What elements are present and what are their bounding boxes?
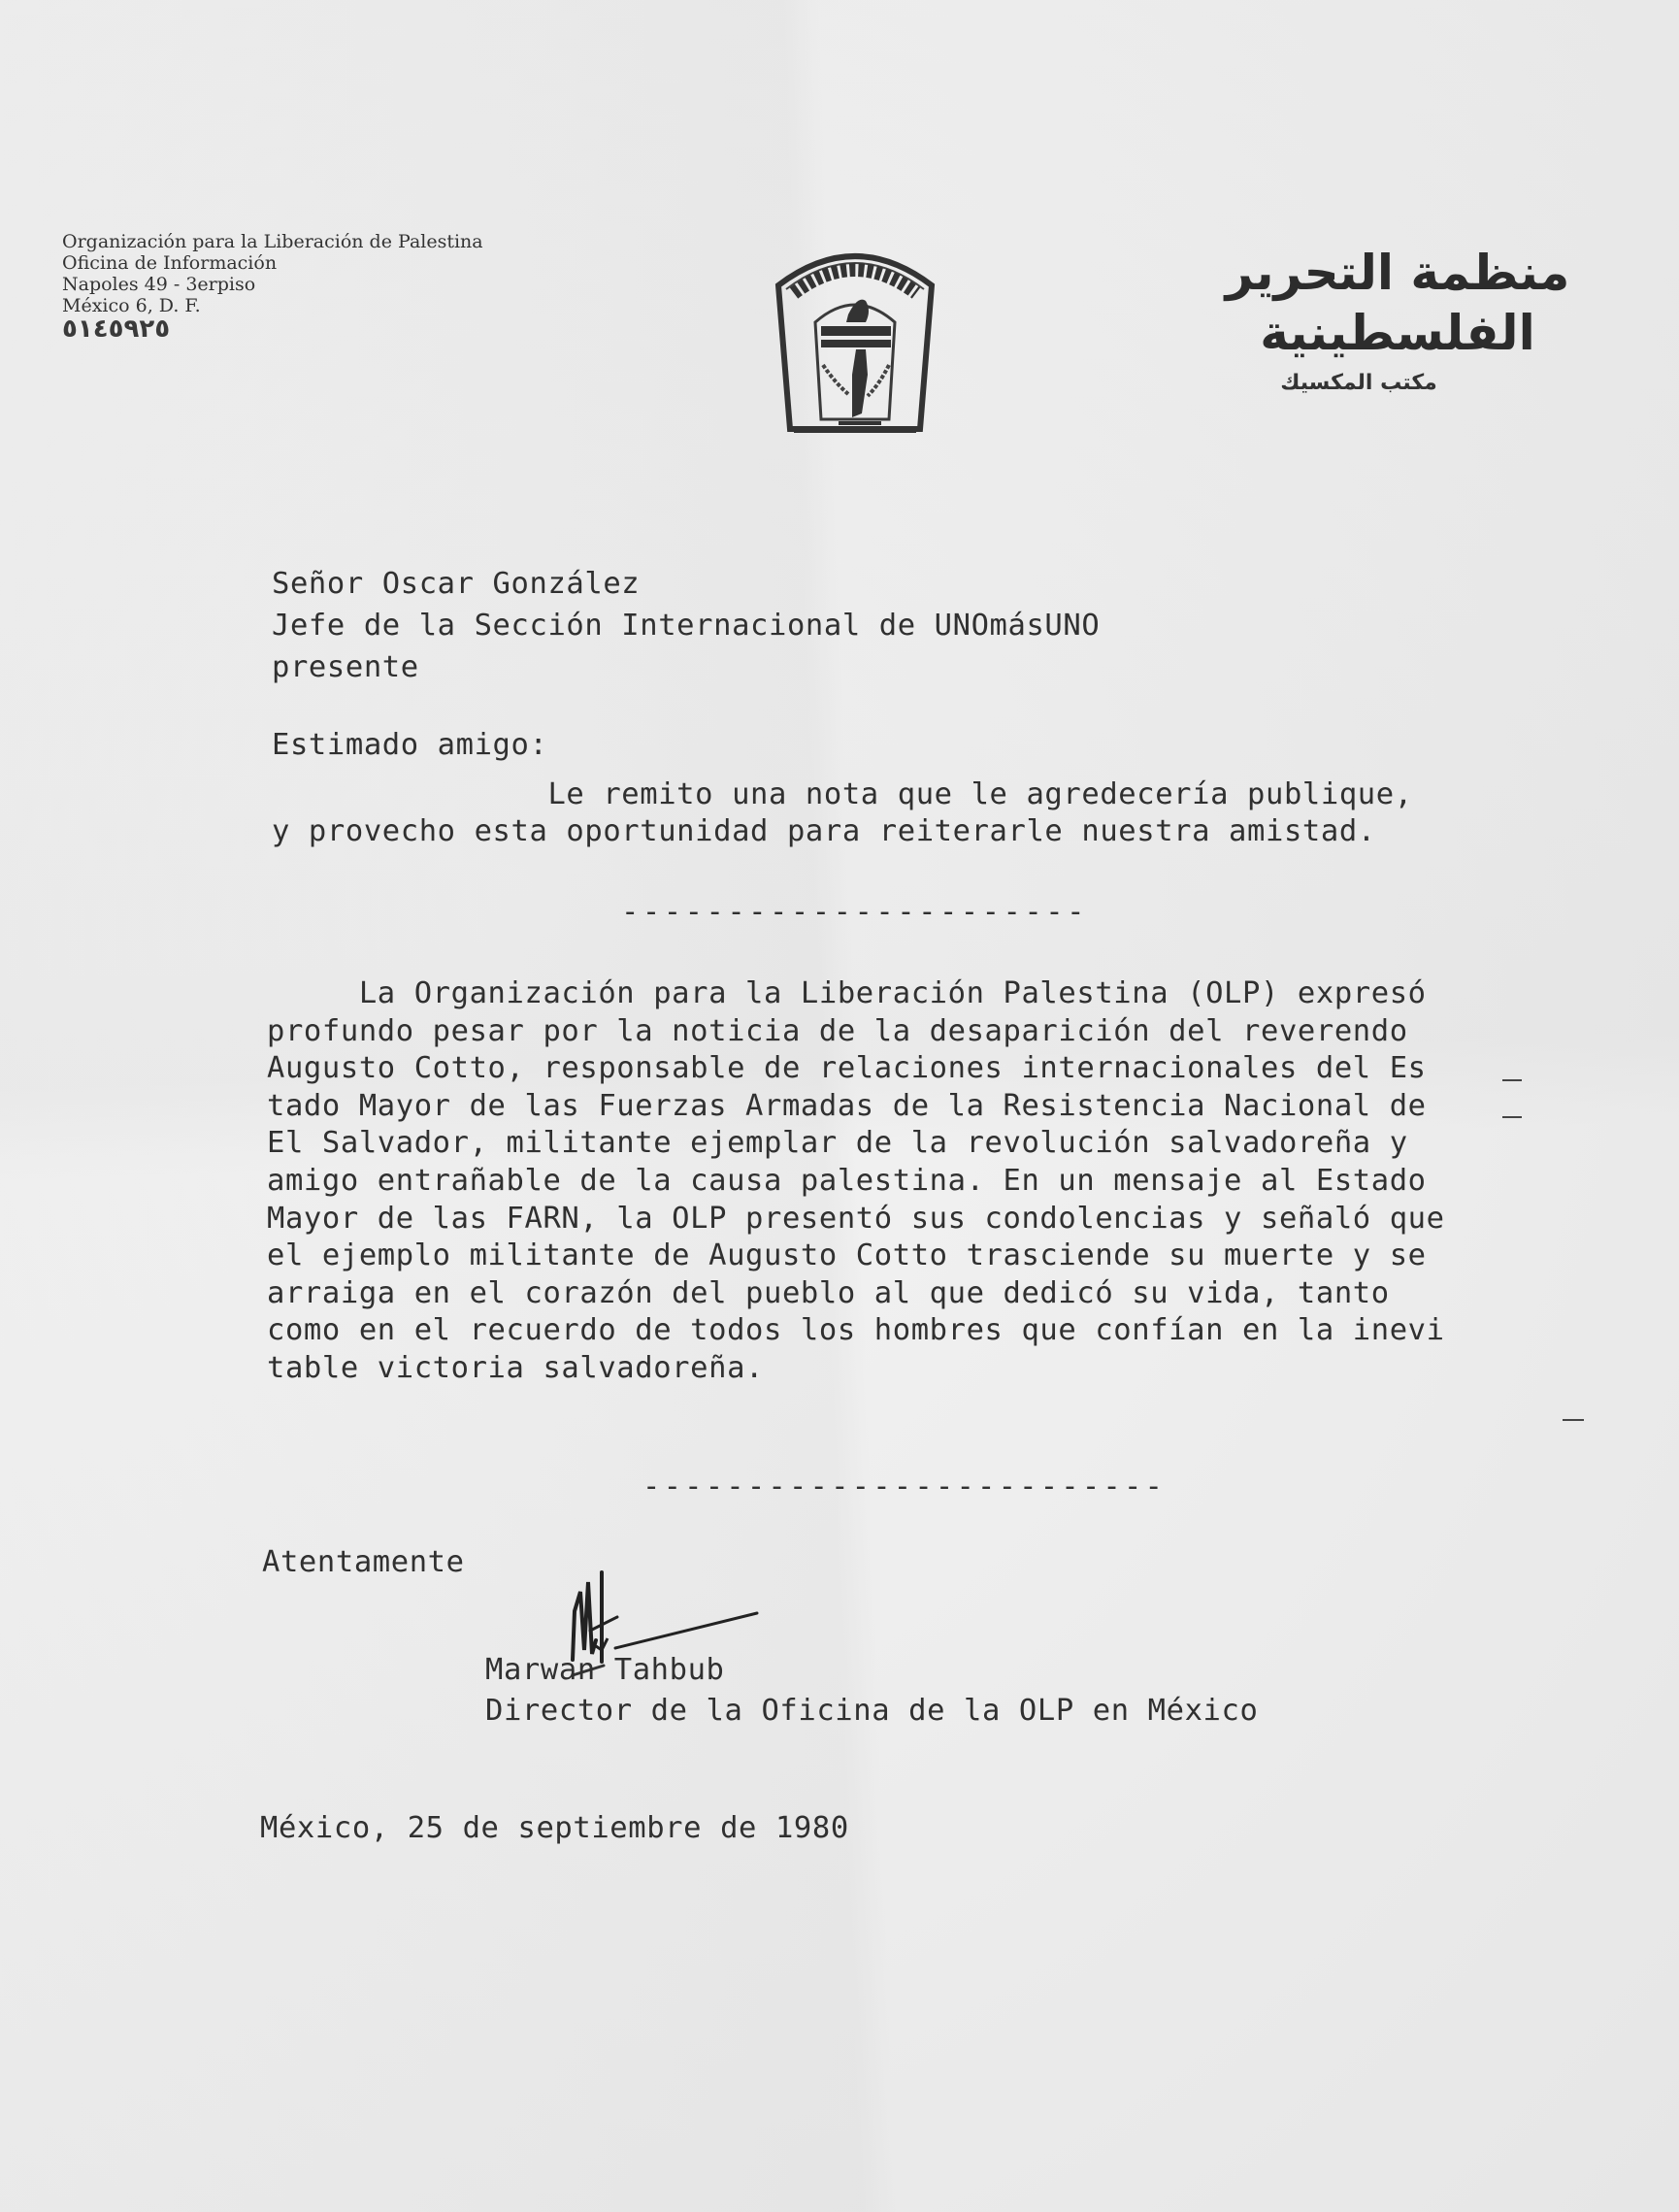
body-line: profundo pesar por la noticia de la desa… (267, 1014, 1408, 1048)
plo-emblem-icon (765, 229, 945, 445)
body-line: table victoria salvadoreña. (267, 1351, 764, 1385)
arabic-office-subtitle: مكتب المكسيك (1174, 371, 1543, 395)
hyphen-mark (1502, 1116, 1522, 1118)
letterhead-address: Organización para la Liberación de Pales… (62, 231, 483, 340)
intro-line: Le remito una nota que le agredecería pu… (272, 777, 1413, 811)
closing: Atentamente (262, 1545, 465, 1579)
letterhead-city: México 6, D. F. (62, 295, 483, 316)
body-line: La Organización para la Liberación Pales… (267, 976, 1427, 1010)
body-line: tado Mayor de las Fuerzas Armadas de la … (267, 1089, 1427, 1123)
letterhead-org-name: Organización para la Liberación de Pales… (62, 231, 483, 252)
signer-title: Director de la Oficina de la OLP en Méxi… (485, 1694, 1258, 1728)
body-line: Augusto Cotto, responsable de relaciones… (267, 1051, 1427, 1085)
letterhead-street: Napoles 49 - 3erpiso (62, 274, 483, 295)
salutation: Estimado amigo: (272, 728, 547, 762)
body-line: amigo entrañable de la causa palestina. … (267, 1164, 1427, 1198)
body-line: Mayor de las FARN, la OLP presentó sus c… (267, 1202, 1445, 1236)
recipient-presente: presente (272, 650, 419, 684)
recipient-name: Señor Oscar González (272, 567, 640, 601)
signer-block: Marwan Tahbub Director de la Oficina de … (485, 1650, 1258, 1732)
body-line: arraiga en el corazón del pueblo al que … (267, 1276, 1390, 1310)
body-line: el ejemplo militante de Augusto Cotto tr… (267, 1238, 1427, 1272)
press-note-body: La Organización para la Liberación Pales… (267, 975, 1445, 1388)
body-line: El Salvador, militante ejemplar de la re… (267, 1126, 1408, 1160)
letterhead-office: Oficina de Información (62, 252, 483, 274)
separator-dashes: ------------------------- (642, 1469, 1166, 1503)
date-line: México, 25 de septiembre de 1980 (260, 1811, 849, 1845)
recipient-block: Señor Oscar González Jefe de la Sección … (272, 563, 1100, 688)
signer-name: Marwan Tahbub (485, 1653, 725, 1687)
hyphen-mark (1502, 1079, 1522, 1081)
separator-dashes: ---------------------- (621, 895, 1088, 929)
intro-line: y provecho esta oportunidad para reitera… (272, 814, 1376, 848)
recipient-title: Jefe de la Sección Internacional de UNOm… (272, 609, 1100, 643)
arabic-letterhead: منظمة التحرير الفلسطينية مكتب المكسيك (1174, 243, 1621, 395)
arabic-org-title: منظمة التحرير الفلسطينية (1174, 243, 1621, 363)
hyphen-mark (1563, 1419, 1584, 1421)
intro-paragraph: Le remito una nota que le agredecería pu… (272, 776, 1413, 850)
letterhead-phone-number: ٥١٤٥٩٢٥ (62, 318, 483, 340)
body-line: como en el recuerdo de todos los hombres… (267, 1313, 1445, 1347)
